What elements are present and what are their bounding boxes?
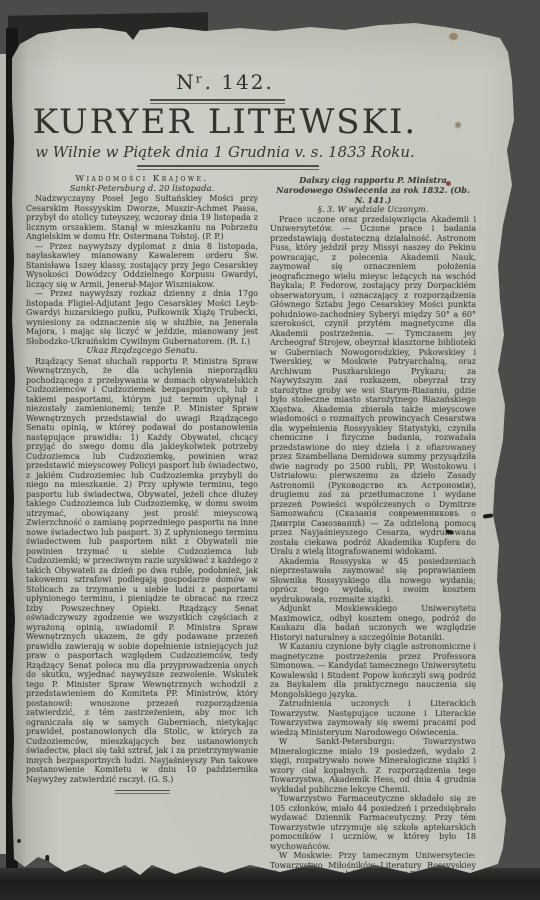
masthead-title: KURYER LITEWSKI.: [20, 102, 430, 142]
report-paragraph: W Sankt-Petersburgu: Towarzystwo Mineral…: [270, 737, 476, 794]
report-paragraph: Towarzystwo Farmaceutyczne składało się …: [270, 794, 476, 851]
masthead-dateline: w Wilnie w Piątek dnia 1 Grudnia v. s. 1…: [30, 143, 420, 161]
left-column-dateline: Sankt-Petersburg d. 20 listopada.: [26, 185, 258, 195]
news-paragraph: Nadzwyczayny Poseł Jego Sułtańskiey Mośc…: [26, 194, 258, 242]
decree-paragraph: Rządzący Senat słuchali rapportu P. Mini…: [26, 357, 258, 785]
decree-heading: Ukaz Rządzącego Senatu.: [26, 347, 258, 357]
continuation-heading: Dalszy ciąg rapportu P. Ministra Narodow…: [270, 175, 476, 205]
ink-speck: [483, 513, 493, 518]
news-paragraph: — Przez naywyższy rozkaz dzienny z dnia …: [26, 289, 258, 346]
left-column: Wiadomości Krajowe. Sankt-Petersburg d. …: [26, 175, 258, 794]
paper-stain: [455, 122, 461, 128]
report-paragraph: Akademia Rossyyska w 45 posiedzeniach ni…: [270, 557, 476, 605]
paper-stain: [446, 181, 451, 186]
news-paragraph: — Przez naywyższy dyplomat z dnia 8 list…: [26, 242, 258, 290]
paper-stain: [449, 33, 458, 40]
report-paragraph: Zatrudnienia uczonych i Literackich Towa…: [270, 699, 476, 737]
ink-speck: [17, 839, 21, 843]
header-rule-bottom: [137, 165, 319, 170]
report-paragraph: Prace uczone oraz przedsięwzięcia Akadem…: [270, 215, 476, 557]
report-paragraph: W Kazaniu czynione były ciągle astronomi…: [270, 642, 476, 699]
right-column: Dalszy ciąg rapportu P. Ministra Narodow…: [270, 175, 476, 880]
section-end-rule: [115, 790, 170, 794]
report-paragraph: Adjunkt Moskiewskiego Uniwersytetu Maxim…: [270, 604, 476, 642]
bottom-shadow-band: [0, 868, 540, 900]
issue-number: Nʳ. 142.: [30, 70, 420, 94]
newspaper-page: Nʳ. 142. KURYER LITEWSKI. w Wilnie w Pią…: [0, 0, 540, 900]
scanned-newspaper-photo: Nʳ. 142. KURYER LITEWSKI. w Wilnie w Pią…: [0, 0, 540, 900]
subsection-heading: §. 3. W wydziale Uczonym.: [270, 205, 476, 215]
